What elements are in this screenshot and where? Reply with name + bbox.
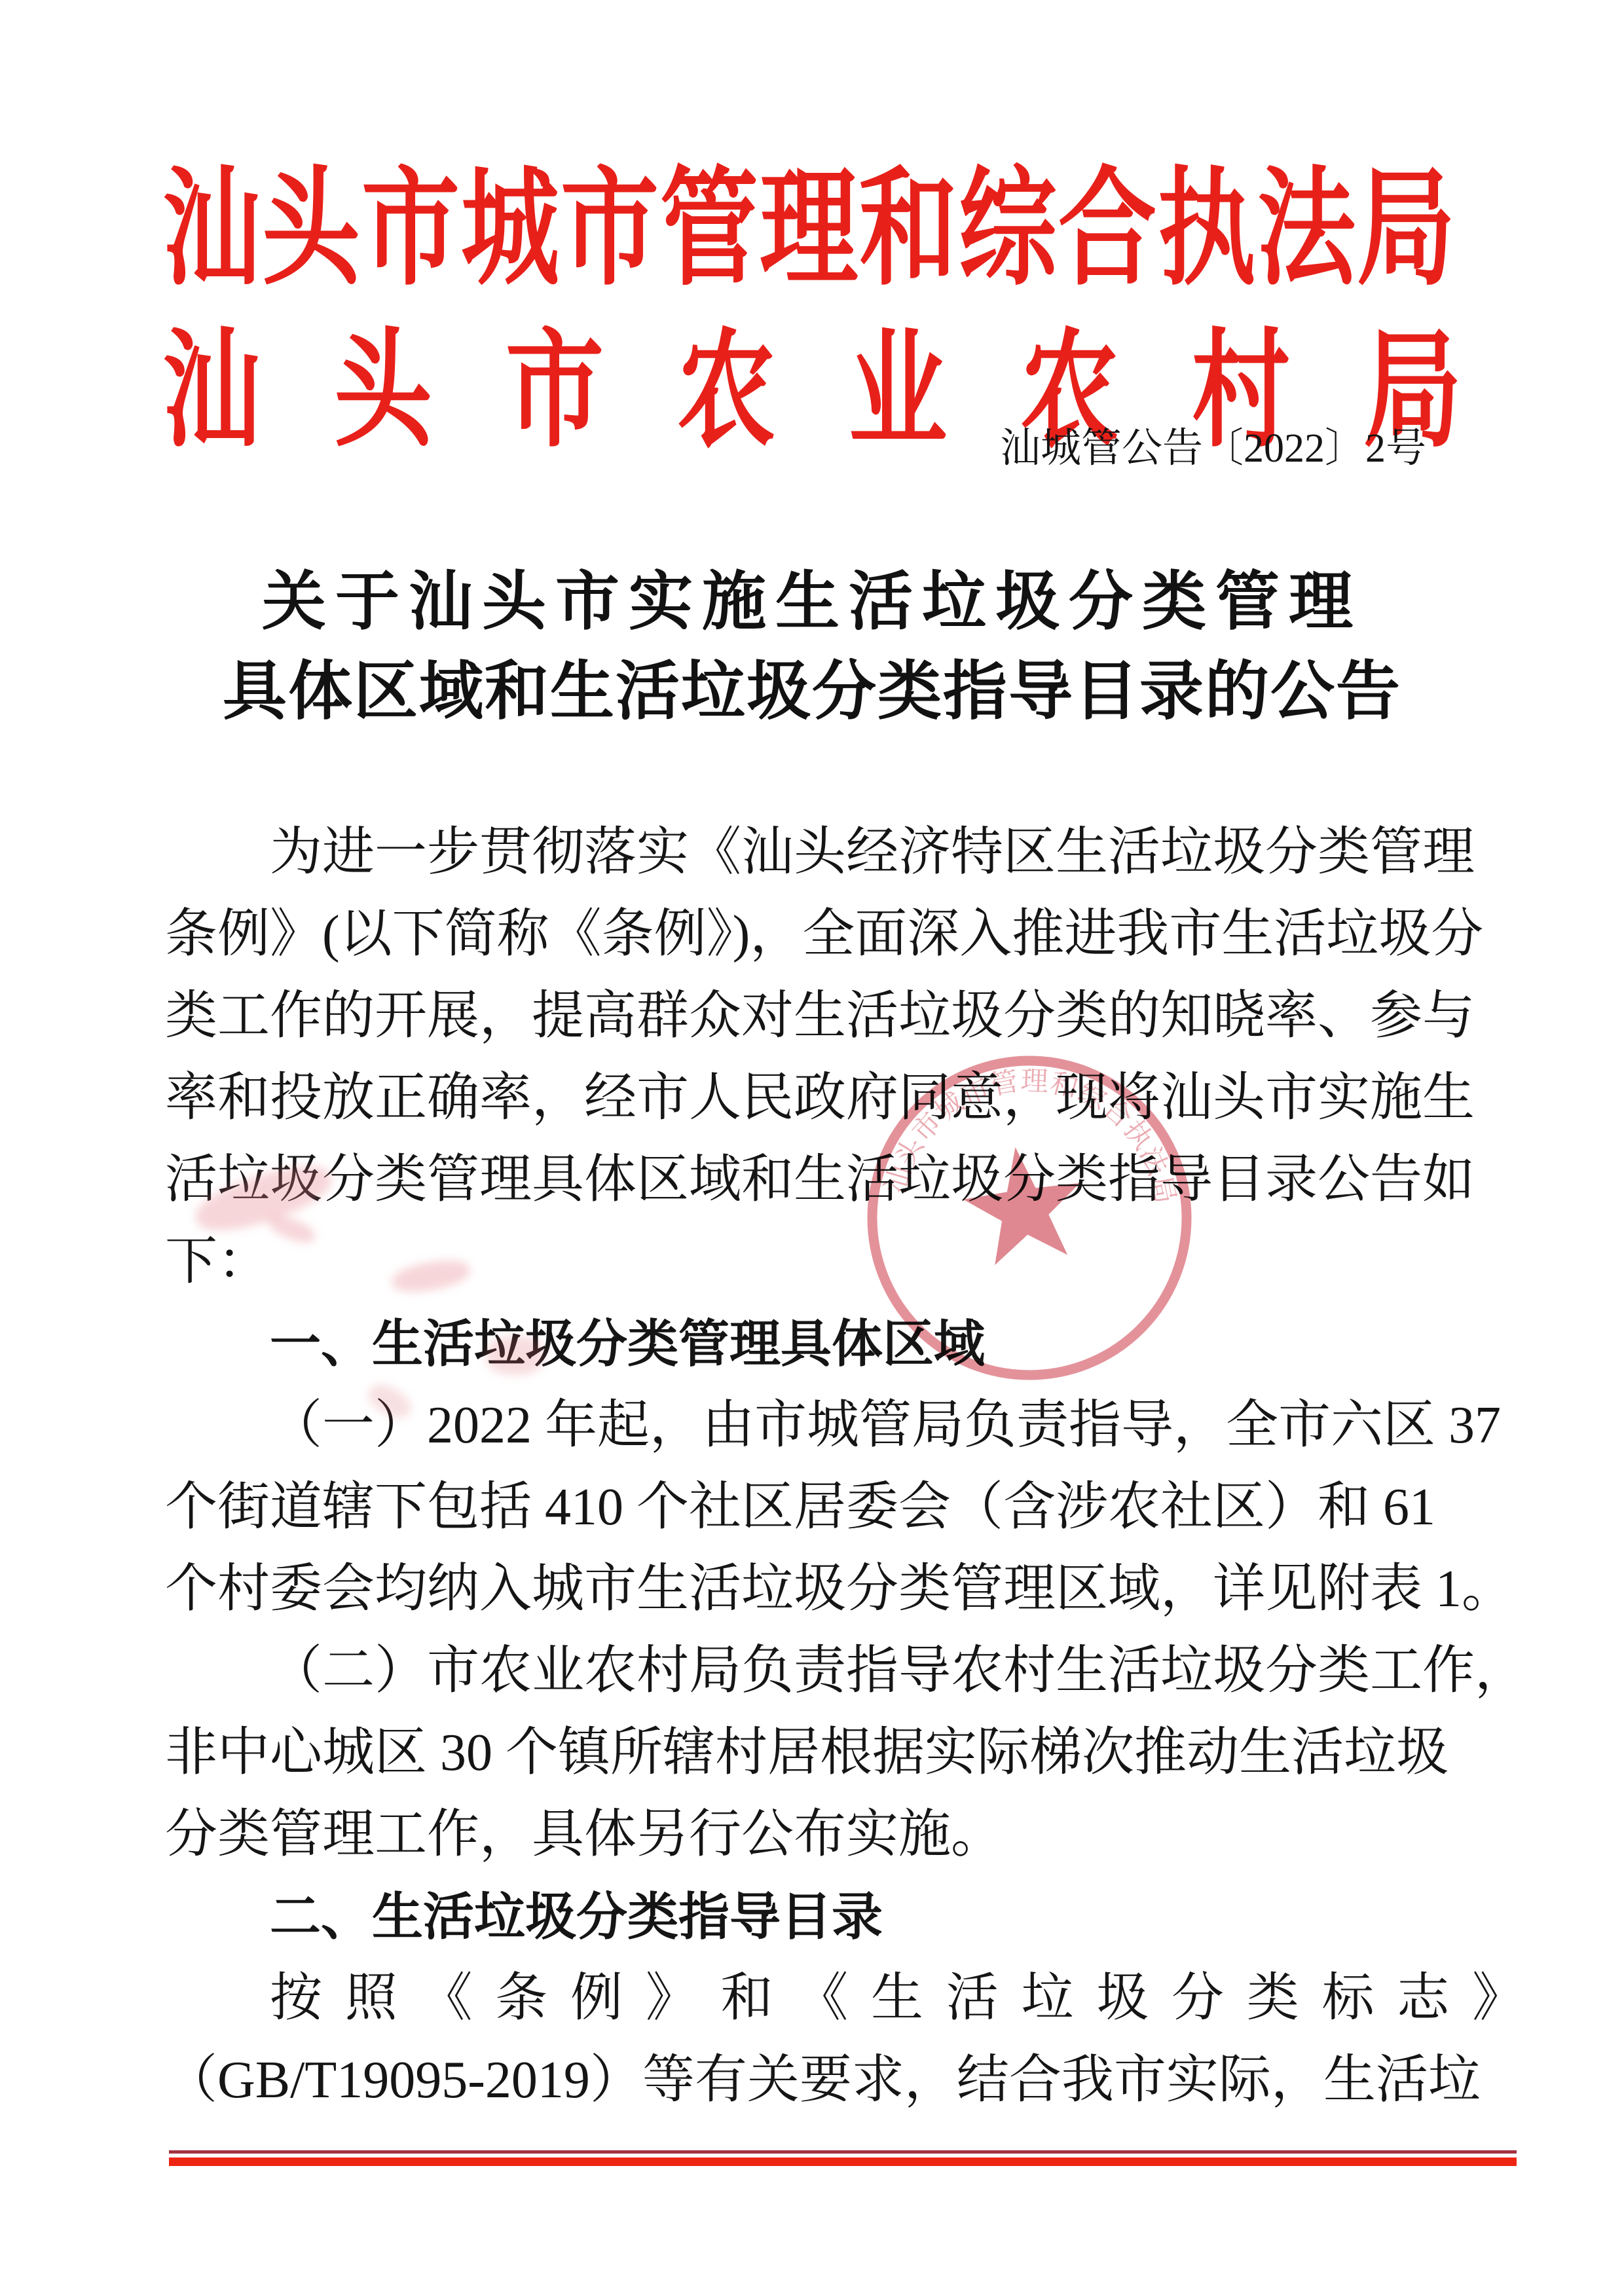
document-title-line-2: 具体区域和生活垃圾分类指导目录的公告: [0, 650, 1624, 735]
body-text: 为进一步贯彻落实《汕头经济特区生活垃圾分类管理条例》(以下简称《条例》)，全面深…: [165, 812, 1524, 2121]
body-line: （二）市农业农村局负责指导农村生活垃圾分类工作，: [165, 1630, 1524, 1712]
body-line: 活垃圾分类管理具体区域和生活垃圾分类指导目录公告如: [165, 1139, 1524, 1221]
body-line: 个村委会均纳入城市生活垃圾分类管理区域，详见附表 1。: [165, 1549, 1524, 1630]
body-line: 率和投放正确率，经市人民政府同意，现将汕头市实施生: [165, 1057, 1524, 1139]
body-line: 下：: [165, 1221, 1524, 1303]
body-line: 条例》(以下简称《条例》)，全面深入推进我市生活垃圾分: [165, 894, 1524, 976]
seal-star: [957, 1139, 1089, 1268]
body-line: 分类管理工作，具体另行公布实施。: [165, 1794, 1524, 1876]
body-line: 个街道辖下包括 410 个社区居委会（含涉农社区）和 61: [165, 1467, 1524, 1549]
body-line: 类工作的开展，提高群众对生活垃圾分类的知晓率、参与: [165, 976, 1524, 1057]
footer-rule-thin: [169, 2150, 1517, 2154]
footer-rule-thick: [169, 2157, 1517, 2166]
section-heading: 一、生活垃圾分类管理具体区域: [165, 1303, 1524, 1385]
official-seal-stamp: 汕头市城市管理和综合执法局: [859, 1048, 1200, 1388]
document-number: 汕城管公告〔2022〕2号: [0, 424, 1624, 473]
document-page: 汕头市城市管理和综合执法局 汕头市农业农村局 汕城管公告〔2022〕2号 关于汕…: [0, 0, 1624, 2295]
body-line: 为进一步贯彻落实《汕头经济特区生活垃圾分类管理: [165, 812, 1524, 894]
ink-smudge: [486, 1336, 545, 1375]
issuing-agency-line-1: 汕头市城市管理和综合执法局: [162, 164, 1462, 298]
document-title-line-1: 关于汕头市实施生活垃圾分类管理: [0, 560, 1624, 645]
body-line: 非中心城区 30 个镇所辖村居根据实际梯次推动生活垃圾: [165, 1712, 1524, 1794]
body-line: 按照《条例》和《生活垃圾分类标志》: [165, 1958, 1524, 2040]
section-heading: 二、生活垃圾分类指导目录: [165, 1876, 1524, 1958]
body-line: （GB/T19095-2019）等有关要求，结合我市实际，生活垃: [165, 2040, 1524, 2121]
